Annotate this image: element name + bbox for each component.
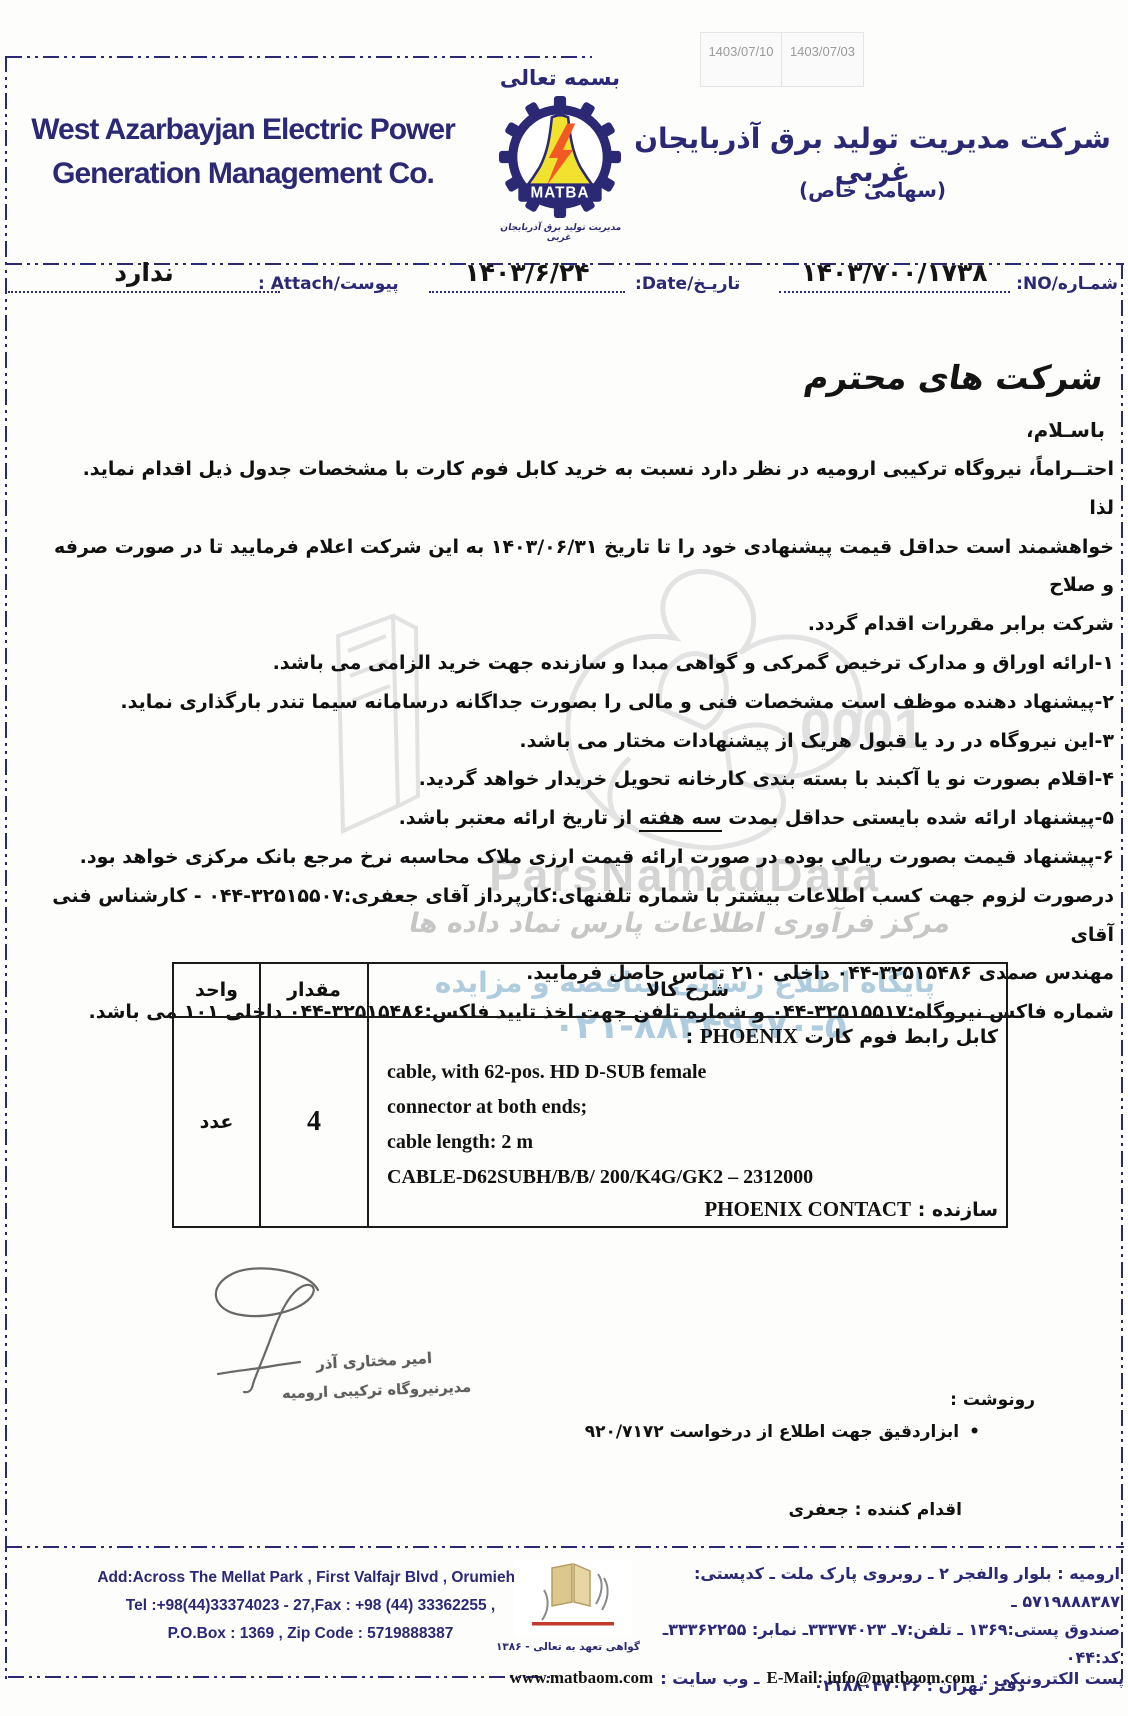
company-name-english: West Azarbayjan Electric Power Generatio… — [18, 108, 468, 196]
item-unit-cell: عدد — [173, 1017, 260, 1227]
cc-handler: اقدام کننده : جعفری — [789, 1500, 962, 1520]
signature-scribble — [200, 1262, 380, 1402]
logo-caption-text: مدیریت تولید برق آذربایجان غربی — [495, 223, 625, 243]
ref-attach-value: ندارد — [8, 258, 280, 293]
stamp-date-cell-1[interactable]: 1403/07/10 — [700, 32, 782, 87]
item5-underlined-term: سه هفته — [639, 807, 722, 832]
letter-body: احتــراماً، نیروگاه ترکیبی ارومیه در نظر… — [52, 450, 1114, 1032]
footer-contact-row: پست الکترونیکی : E-Mail: info@matbaom.co… — [510, 1662, 1124, 1694]
company-name-english-line2: Generation Management Co. — [18, 152, 468, 196]
maker-label: سازنده : — [918, 1199, 998, 1221]
item-quantity-cell: 4 — [260, 1017, 368, 1227]
item-title-colon: : — [686, 1026, 694, 1048]
item-title-fa: کابل رابط فوم کارت — [804, 1026, 998, 1048]
top-left-border-line — [6, 56, 592, 58]
body-line: خواهشمند است حداقل قیمت پیشنهادی خود را … — [52, 528, 1114, 606]
company-logo: MATBA مدیریت تولید برق آذربایجان غربی — [497, 96, 623, 243]
item-title-en: PHOENIX — [700, 1024, 798, 1048]
col-header-unit: واحد — [173, 963, 260, 1017]
svg-text:MATBA: MATBA — [530, 185, 589, 202]
stamp-date-boxes: 1403/07/10 1403/07/03 — [700, 32, 864, 87]
body-line-item4: ۴-اقلام بصورت نو یا آکبند با بسته بندی ک… — [52, 760, 1114, 799]
item-title: کابل رابط فوم کارت PHOENIX : — [377, 1024, 998, 1049]
stamp-date-cell-2[interactable]: 1403/07/03 — [782, 32, 864, 87]
body-line-item1: ۱-ارائه اوراق و مدارک ترخیص گمرکی و گواه… — [52, 644, 1114, 683]
ref-date-label: تاریـخ/Date: — [635, 274, 740, 294]
goods-table-row: کابل رابط فوم کارت PHOENIX : cable, with… — [173, 1017, 1007, 1227]
bismillah-text: بسمه تعالی — [490, 66, 630, 90]
award-caption: گواهی تعهد به تعالی - ۱۳۸۶ — [506, 1641, 640, 1653]
goods-table-header-row: شرح کالا مقدار واحد — [173, 963, 1007, 1017]
col-header-description: شرح کالا — [368, 963, 1007, 1017]
item-spec-line: cable, with 62-pos. HD D-SUB female — [377, 1055, 998, 1090]
item5-post: از تاریخ ارائه معتبر باشد. — [399, 807, 639, 829]
body-line-contact1: درصورت لزوم جهت کسب اطلاعات بیشتر با شما… — [52, 877, 1114, 955]
body-line-item6: ۶-پیشنهاد قیمت بصورت ریالی بوده در صورت … — [52, 838, 1114, 877]
footer-fa-line1: ارومیه : بلوار والفجر ۲ ـ روبروی پارک مل… — [650, 1560, 1120, 1616]
item-spec-line: cable length: 2 m — [377, 1125, 998, 1160]
body-line-item5: ۵-پیشنهاد ارائه شده بایستی حداقل بمدت سه… — [52, 799, 1114, 838]
body-line-item3: ۳-این نیروگاه در رد یا قبول هریک از پیشن… — [52, 722, 1114, 761]
cc-item-text: ابزاردقیق جهت اطلاع از درخواست ۹۲۰/۷۱۷۲ — [585, 1422, 959, 1442]
footer-divider-line — [6, 1546, 1124, 1548]
item-description-cell: کابل رابط فوم کارت PHOENIX : cable, with… — [368, 1017, 1007, 1227]
ref-no-value: ۱۴۰۳/۷۰۰/۱۷۳۸ — [779, 258, 1010, 293]
cc-bullet-icon: • — [969, 1422, 980, 1442]
cc-item: •ابزاردقیق جهت اطلاع از درخواست ۹۲۰/۷۱۷۲ — [585, 1422, 980, 1442]
greeting: باسـلام، — [1026, 418, 1105, 442]
award-emblem-icon — [514, 1560, 632, 1636]
ref-no-label: شمـاره/NO: — [1016, 274, 1118, 294]
email-value: E-Mail: info@matbaom.com — [767, 1668, 975, 1688]
ref-date-value: ۱۴۰۳/۶/۲۴ — [429, 258, 625, 293]
cc-label: رونوشت : — [950, 1390, 1035, 1410]
goods-table: شرح کالا مقدار واحد کابل رابط فوم کارت P… — [172, 962, 1008, 1228]
scanned-letter-page: 1403/07/10 1403/07/03 0001 ParsNamadData… — [0, 0, 1128, 1716]
right-border-line — [1121, 263, 1123, 1680]
item-spec-line: connector at both ends; — [377, 1090, 998, 1125]
bottom-left-line — [8, 1676, 560, 1678]
col-header-quantity: مقدار — [260, 963, 368, 1017]
excellence-award-logo: گواهی تعهد به تعالی - ۱۳۸۶ — [506, 1560, 640, 1653]
website-label: ـ وب سایت : — [660, 1669, 759, 1688]
website-value: www.matbaom.com — [510, 1668, 654, 1688]
body-line: شرکت برابر مقررات اقدام گردد. — [52, 605, 1114, 644]
company-type-persian: (سهامی خاص) — [625, 178, 1120, 202]
matba-gear-logo-icon: MATBA — [499, 96, 621, 218]
body-line-item2: ۲-پیشنهاد دهنده موظف است مشخصات فنی و ما… — [52, 683, 1114, 722]
company-name-english-line1: West Azarbayjan Electric Power — [18, 108, 468, 152]
maker-value: PHOENIX CONTACT — [704, 1197, 911, 1221]
item-maker-line: سازنده : PHOENIX CONTACT — [377, 1197, 998, 1222]
salutation: شرکت های محترم — [802, 358, 1106, 397]
item-part-number-line: CABLE-D62SUBH/B/B/ 200/K4G/GK2 – 2312000 — [377, 1160, 998, 1195]
email-label: پست الکترونیکی : — [982, 1669, 1124, 1688]
left-border-line — [5, 56, 7, 1680]
body-line: احتــراماً، نیروگاه ترکیبی ارومیه در نظر… — [52, 450, 1114, 528]
item5-pre: ۵-پیشنهاد ارائه شده بایستی حداقل بمدت — [722, 807, 1114, 829]
